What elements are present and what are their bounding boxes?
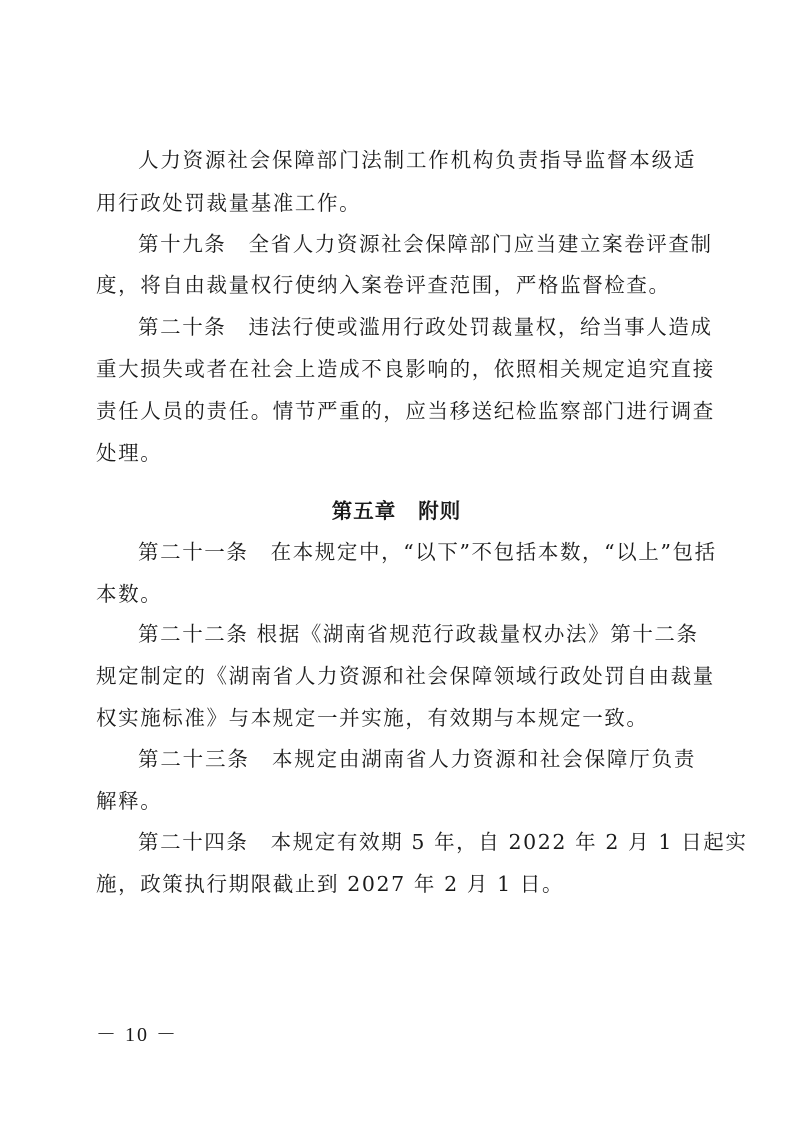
- chapter-title: 附则: [418, 499, 461, 523]
- article-22-line: 权实施标准》与本规定一并实施，有效期与本规定一致。: [96, 704, 696, 732]
- chapter-heading: 第五章附则: [0, 497, 793, 525]
- article-20-line: 处理。: [96, 439, 696, 467]
- article-23-line: 解释。: [96, 787, 696, 815]
- article-24-line: 施，政策执行期限截止到 2027 年 2 月 1 日。: [96, 870, 696, 898]
- paragraph-line: 人力资源社会保障部门法制工作机构负责指导监督本级适: [138, 146, 696, 174]
- article-22-line: 第二十二条 根据《湖南省规范行政裁量权办法》第十二条: [138, 620, 696, 648]
- article-20-line: 重大损失或者在社会上造成不良影响的，依照相关规定追究直接: [96, 355, 696, 383]
- article-20-line: 第二十条 违法行使或滥用行政处罚裁量权，给当事人造成: [138, 313, 696, 341]
- article-19-line: 第十九条 全省人力资源社会保障部门应当建立案卷评查制: [138, 230, 696, 258]
- article-19-line: 度，将自由裁量权行使纳入案卷评查范围，严格监督检查。: [96, 271, 696, 299]
- article-20-line: 责任人员的责任。情节严重的，应当移送纪检监察部门进行调查: [96, 397, 696, 425]
- article-23-line: 第二十三条 本规定由湖南省人力资源和社会保障厅负责: [138, 745, 696, 773]
- paragraph-line: 用行政处罚裁量基准工作。: [96, 189, 696, 217]
- page-number: － 10 －: [96, 1018, 178, 1047]
- article-22-line: 规定制定的《湖南省人力资源和社会保障领域行政处罚自由裁量: [96, 662, 696, 690]
- article-24-line: 第二十四条 本规定有效期 5 年，自 2022 年 2 月 1 日起实: [138, 828, 696, 856]
- article-21-line: 本数。: [96, 580, 696, 608]
- article-21-line: 第二十一条 在本规定中，“以下”不包括本数，“以上”包括: [138, 538, 696, 566]
- chapter-number: 第五章: [332, 499, 397, 523]
